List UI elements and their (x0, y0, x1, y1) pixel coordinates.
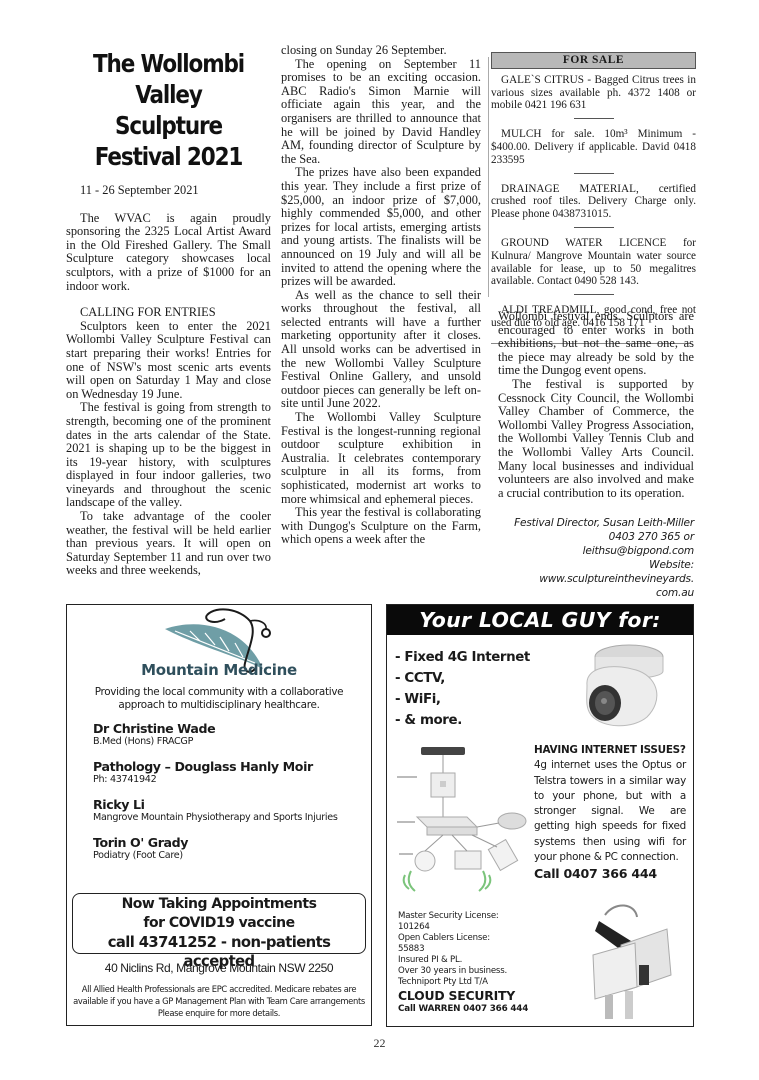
staff-role: Ph: 43741942 (93, 774, 373, 786)
license-line: Master Security License: (398, 911, 528, 922)
festival-credit: Festival Director, Susan Leith-Miller 04… (498, 516, 694, 600)
wireless-antenna-icon (575, 895, 675, 1023)
staff-list: Dr Christine Wade B.Med (Hons) FRACGP Pa… (93, 721, 373, 873)
article-paragraph: The WVAC is again proudly sponsoring the… (66, 212, 271, 294)
license-line: Insured PI & PL. (398, 955, 528, 966)
article-column-2: closing on Sunday 26 September. The open… (281, 44, 481, 547)
headline-line-3: Festival 2021 (80, 141, 256, 172)
staff-role: Mangrove Mountain Physiotherapy and Spor… (93, 812, 373, 824)
services-list: - Fixed 4G Internet - CCTV, - WiFi, - & … (395, 647, 530, 731)
classified-text: DRAINAGE MATERIAL, certified crushed roo… (491, 183, 696, 221)
article-paragraph: The prizes have also been expanded this … (281, 166, 481, 288)
network-diagram-icon (397, 743, 527, 893)
credit-contact: 0403 270 365 or leithsu@bigpond.com (498, 530, 694, 558)
article-paragraph: As well as the chance to sell their work… (281, 289, 481, 411)
page-number: 22 (0, 1036, 759, 1051)
separator (574, 227, 614, 228)
article-paragraph: The Wollombi Valley Sculpture Festival i… (281, 411, 481, 506)
contact-phone: Call WARREN 0407 366 444 (398, 1004, 528, 1015)
mountain-medicine-ad: Mountain Medicine Providing the local co… (66, 604, 372, 1026)
staff-name: Torin O' Grady (93, 835, 373, 850)
clinic-address: 40 Niclins Rd, Mangrove Mountain NSW 225… (67, 961, 371, 975)
article-column-3: Wollombi festival ends. Sculptors are en… (498, 310, 694, 600)
issues-body: 4g internet uses the Optus or Telstra to… (534, 758, 686, 865)
internet-issues-section: HAVING INTERNET ISSUES? 4g internet uses… (534, 743, 686, 882)
covid-line-1: Now Taking Appointments (73, 895, 365, 914)
fine-print-line: Please enquire for more details. (71, 1007, 367, 1019)
staff-role: Podiatry (Foot Care) (93, 850, 373, 862)
credit-website: Website: www.sculptureinthevineyards. (498, 558, 694, 586)
company-name: CLOUD SECURITY (398, 988, 528, 1004)
classified-item: GROUND WATER LICENCE for Kulnura/ Mangro… (491, 237, 696, 288)
article-paragraph: The opening on September 11 promises to … (281, 58, 481, 167)
staff-name: Dr Christine Wade (93, 721, 373, 736)
article-dateline: 11 - 26 September 2021 (66, 184, 271, 198)
license-line: 55883 (398, 944, 528, 955)
brand-name: Mountain Medicine (67, 661, 371, 679)
service-item: - & more. (395, 710, 530, 731)
license-info: Master Security License: 101264 Open Cab… (398, 911, 528, 1015)
license-line: Techniport Pty Ltd T/A (398, 977, 528, 988)
covid-line-2: for COVID19 vaccine (73, 914, 365, 933)
article-paragraph: This year the festival is collaborating … (281, 506, 481, 547)
staff-name: Pathology – Douglass Hanly Moir (93, 759, 373, 774)
covid-vaccine-box: Now Taking Appointments for COVID19 vacc… (72, 893, 366, 954)
classified-text: MULCH for sale. 10m³ Minimum - $400.00. … (491, 128, 696, 166)
article-paragraph: Wollombi festival ends. Sculptors are en… (498, 310, 694, 378)
license-line: 101264 (398, 922, 528, 933)
license-line: Over 30 years in business. (398, 966, 528, 977)
service-item: - WiFi, (395, 689, 530, 710)
credit-website-cont: com.au (498, 586, 694, 600)
column-divider (488, 57, 489, 297)
fine-print-line: available if you have a GP Management Pl… (71, 995, 367, 1007)
article-paragraph: Sculptors keen to enter the 2021 Wollomb… (66, 320, 271, 402)
classified-item: GALE`S CITRUS - Bagged Citrus trees in v… (491, 74, 696, 112)
separator (574, 173, 614, 174)
article-paragraph: closing on Sunday 26 September. (281, 44, 481, 58)
cctv-camera-icon (577, 641, 665, 731)
separator (574, 118, 614, 119)
service-item: - Fixed 4G Internet (395, 647, 530, 668)
staff-role: B.Med (Hons) FRACGP (93, 736, 373, 748)
headline-line-1: The Wollombi (80, 48, 256, 79)
article-subhead: CALLING FOR ENTRIES (66, 306, 271, 320)
fine-print: All Allied Health Professionals are EPC … (71, 983, 367, 1019)
staff-name: Ricky Li (93, 797, 373, 812)
fine-print-line: All Allied Health Professionals are EPC … (71, 983, 367, 995)
headline-line-2: Valley Sculpture (80, 79, 256, 141)
issues-call: Call 0407 366 444 (534, 866, 686, 881)
credit-director: Festival Director, Susan Leith-Miller (498, 516, 694, 530)
classified-item: MULCH for sale. 10m³ Minimum - $400.00. … (491, 128, 696, 166)
local-guy-ad: Your LOCAL GUY for: - Fixed 4G Internet … (386, 604, 694, 1027)
article-paragraph: To take advantage of the cooler weather,… (66, 510, 271, 578)
article-paragraph: The festival is going from strength to s… (66, 401, 271, 510)
issues-title: HAVING INTERNET ISSUES? (534, 743, 686, 758)
article-headline: The Wollombi Valley Sculpture Festival 2… (80, 48, 256, 172)
for-sale-header: FOR SALE (491, 52, 696, 69)
separator (574, 294, 614, 295)
for-sale-box: FOR SALE GALE`S CITRUS - Bagged Citrus t… (491, 52, 696, 344)
classified-item: DRAINAGE MATERIAL, certified crushed roo… (491, 183, 696, 221)
classified-text: GROUND WATER LICENCE for Kulnura/ Mangro… (491, 237, 696, 288)
ad-banner: Your LOCAL GUY for: (387, 605, 693, 635)
classified-text: GALE`S CITRUS - Bagged Citrus trees in v… (491, 74, 696, 112)
tagline: Providing the local community with a col… (77, 686, 361, 712)
article-paragraph: The festival is supported by Cessnock Ci… (498, 378, 694, 500)
service-item: - CCTV, (395, 668, 530, 689)
article-column-1: The Wollombi Valley Sculpture Festival 2… (66, 44, 271, 578)
license-line: Open Cablers License: (398, 933, 528, 944)
